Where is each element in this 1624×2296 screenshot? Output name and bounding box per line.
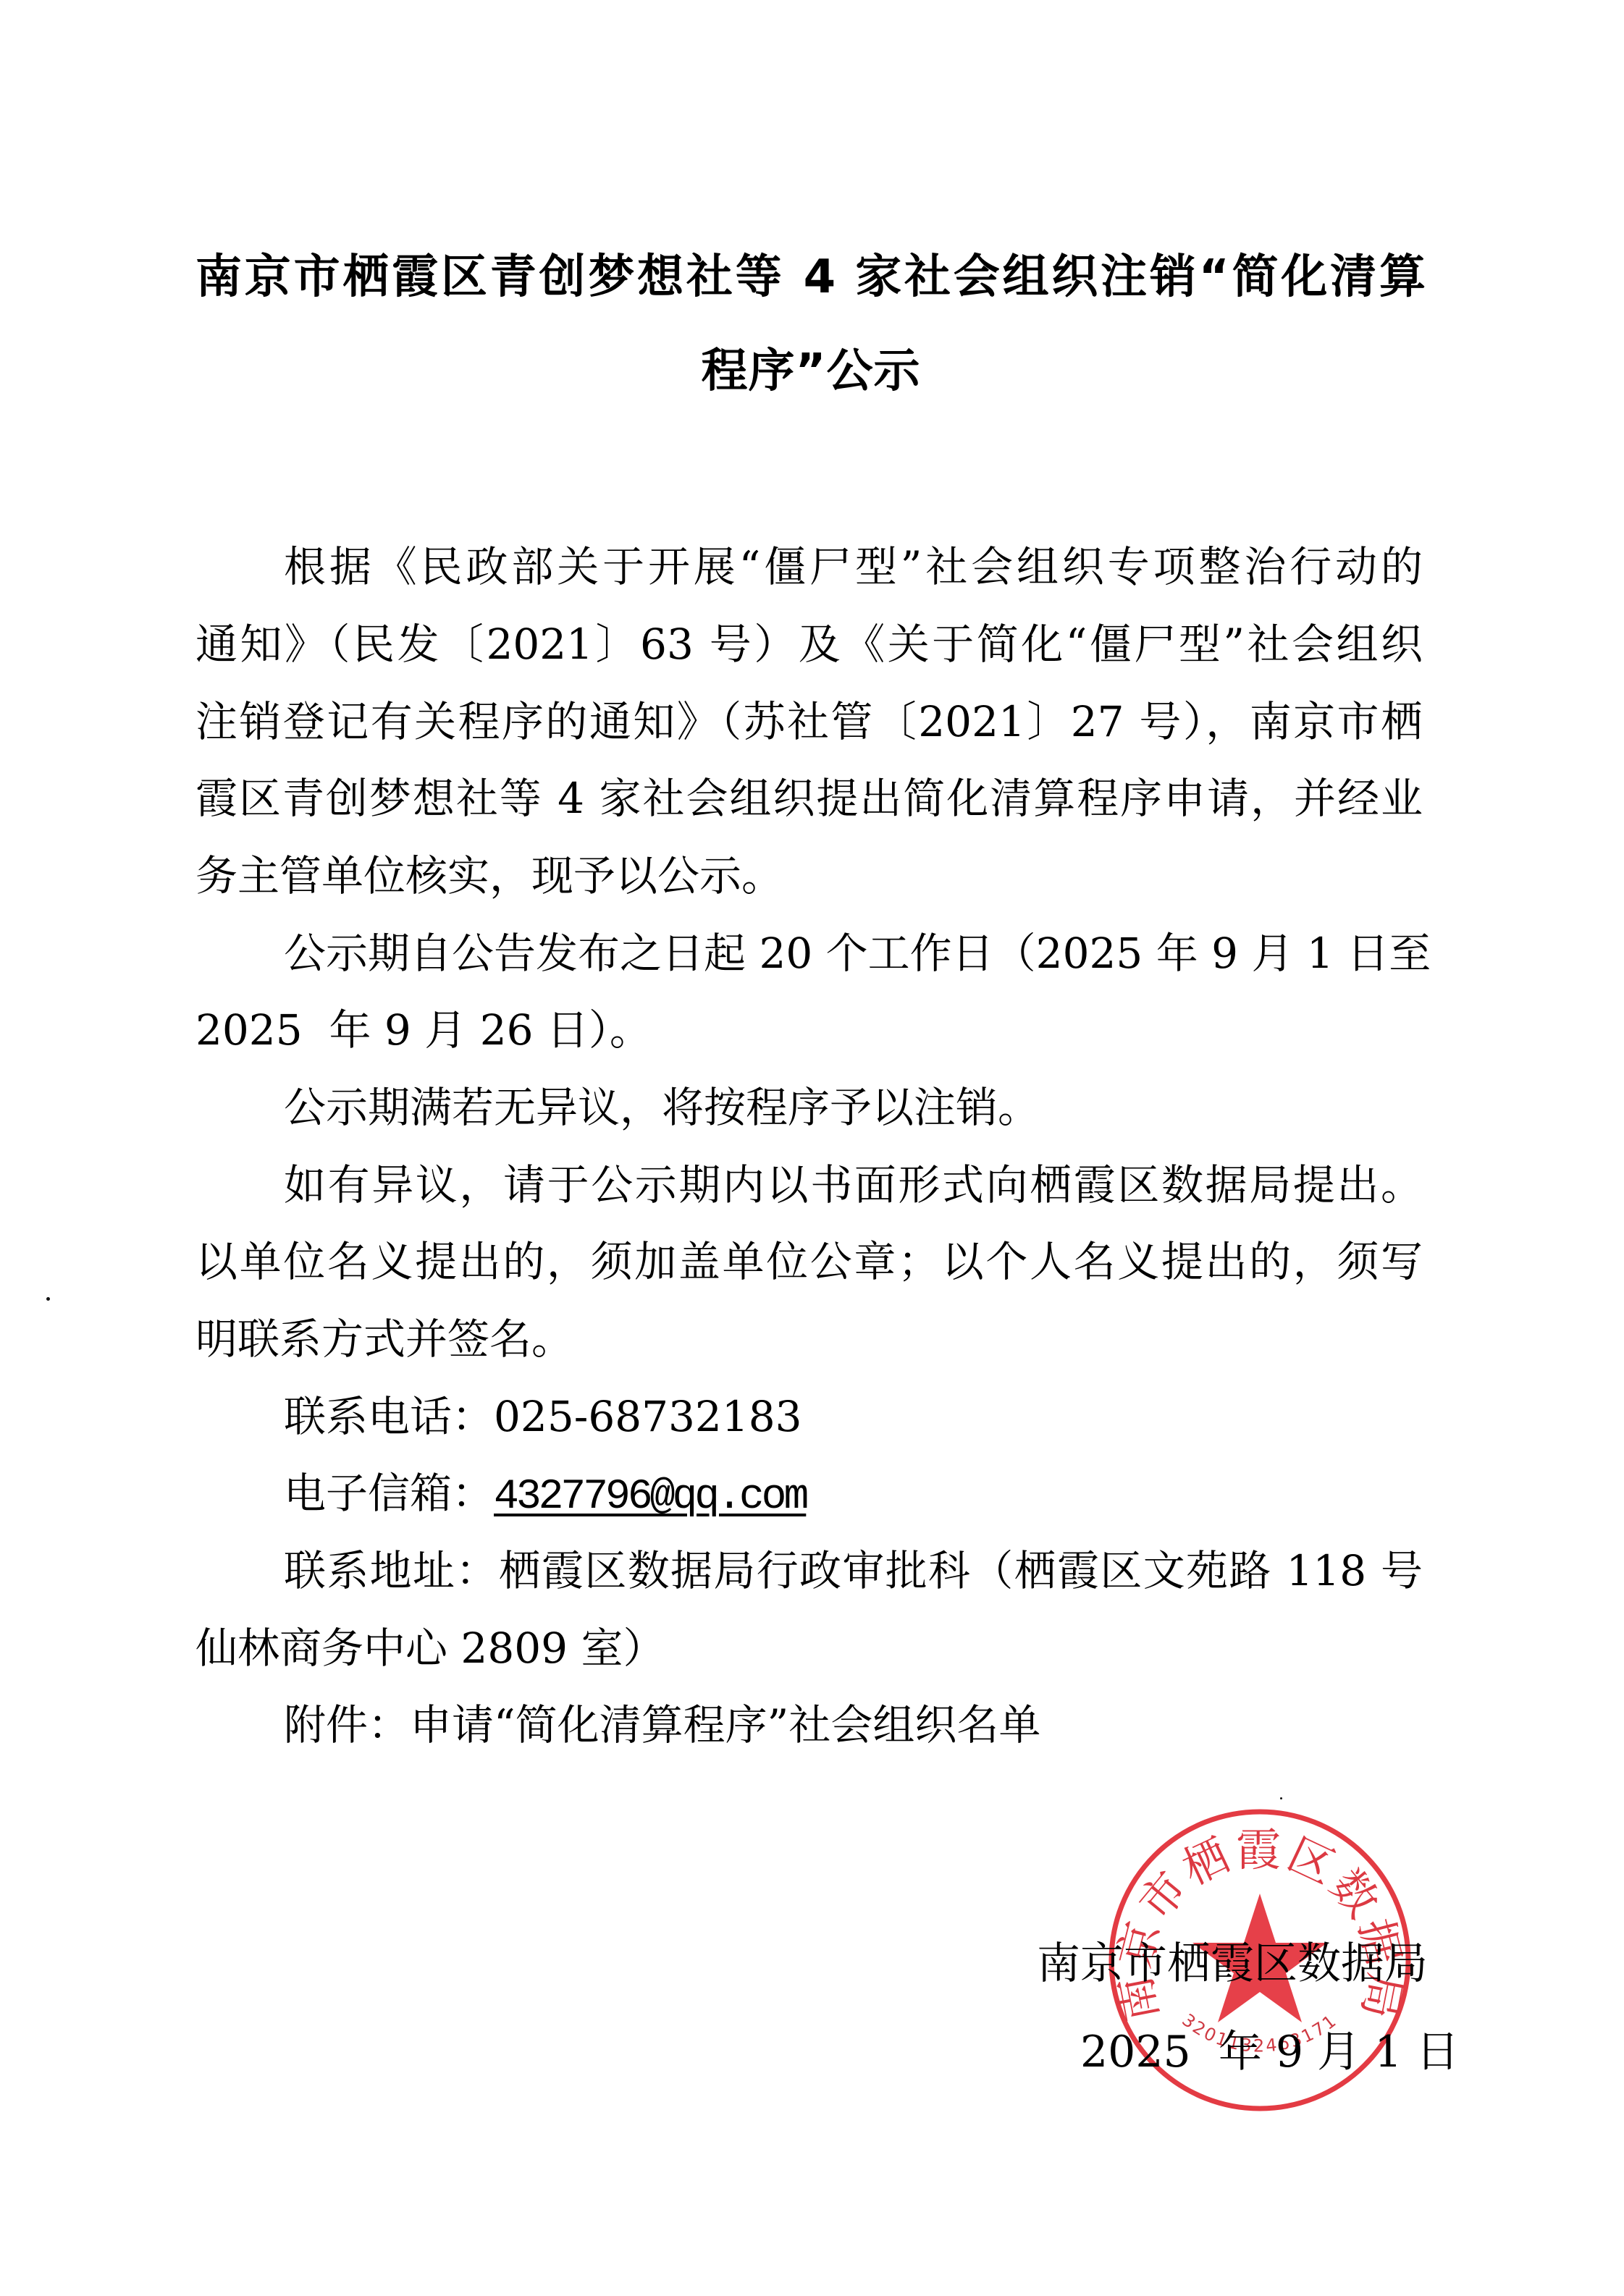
- paragraph-objection-line: 明联系方式并签名。: [195, 1314, 1423, 1364]
- attachment-text: 申请“简化清算程序”社会组织名单: [410, 1700, 1040, 1750]
- paragraph-basis-line: 根据《民政部关于开展“僵尸型”社会组织专项整治行动的: [195, 541, 1423, 592]
- title-line-1: 南京市栖霞区青创梦想社等 4 家社会组织注销“简化清算: [195, 230, 1426, 324]
- document-title: 南京市栖霞区青创梦想社等 4 家社会组织注销“简化清算 程序”公示: [195, 230, 1426, 418]
- contact-address-value: 栖霞区数据局行政审批科（栖霞区文苑路 118 号: [499, 1546, 1423, 1595]
- attachment-label: 附件：: [284, 1700, 410, 1750]
- contact-phone-value: 025-68732183: [494, 1392, 802, 1441]
- contact-email-row: 电子信箱：4327796@qq.com: [195, 1468, 1423, 1519]
- contact-address-label: 联系地址：: [284, 1546, 499, 1595]
- paragraph-objection-line: 以单位名义提出的，须加盖单位公章；以个人名义提出的，须写: [195, 1236, 1423, 1287]
- scan-speck: [46, 1297, 50, 1301]
- signature-date: 2025 年 9 月 1 日: [1080, 2027, 1459, 2077]
- paragraph-period-line: 2025 年 9 月 26 日）。: [195, 1005, 1423, 1055]
- paragraph-basis-line: 注销登记有关程序的通知》（苏社管〔2021〕27 号），南京市栖: [195, 696, 1423, 747]
- contact-address-row: 联系地址：栖霞区数据局行政审批科（栖霞区文苑路 118 号: [195, 1545, 1423, 1596]
- contact-email-label: 电子信箱：: [284, 1469, 494, 1518]
- paragraph-basis-line: 通知》（民发〔2021〕63 号）及《关于简化“僵尸型”社会组织: [195, 619, 1423, 670]
- attachment-row: 附件：申请“简化清算程序”社会组织名单: [195, 1700, 1423, 1750]
- paragraph-basis-line: 务主管单位核实，现予以公示。: [195, 851, 1423, 901]
- title-line-2: 程序”公示: [195, 324, 1426, 418]
- signature-organization: 南京市栖霞区数据局: [1037, 1938, 1428, 1989]
- scan-speck: [1280, 1797, 1282, 1799]
- paragraph-basis-line: 霞区青创梦想社等 4 家社会组织提出简化清算程序申请，并经业: [195, 773, 1423, 824]
- paragraph-period-line: 公示期自公告发布之日起 20 个工作日（2025 年 9 月 1 日至: [195, 928, 1423, 979]
- contact-phone-label: 联系电话：: [284, 1392, 494, 1441]
- contact-phone-row: 联系电话：025-68732183: [195, 1391, 1423, 1442]
- paragraph-no-objection-line: 公示期满若无异议，将按程序予以注销。: [195, 1082, 1423, 1133]
- document-page: 南京市栖霞区青创梦想社等 4 家社会组织注销“简化清算 程序”公示 根据《民政部…: [0, 0, 1624, 2296]
- contact-email-link[interactable]: 4327796@qq.com: [494, 1474, 806, 1521]
- paragraph-objection-line: 如有异议，请于公示期内以书面形式向栖霞区数据局提出。: [195, 1160, 1423, 1210]
- contact-address-continuation: 仙林商务中心 2809 室）: [195, 1623, 1423, 1674]
